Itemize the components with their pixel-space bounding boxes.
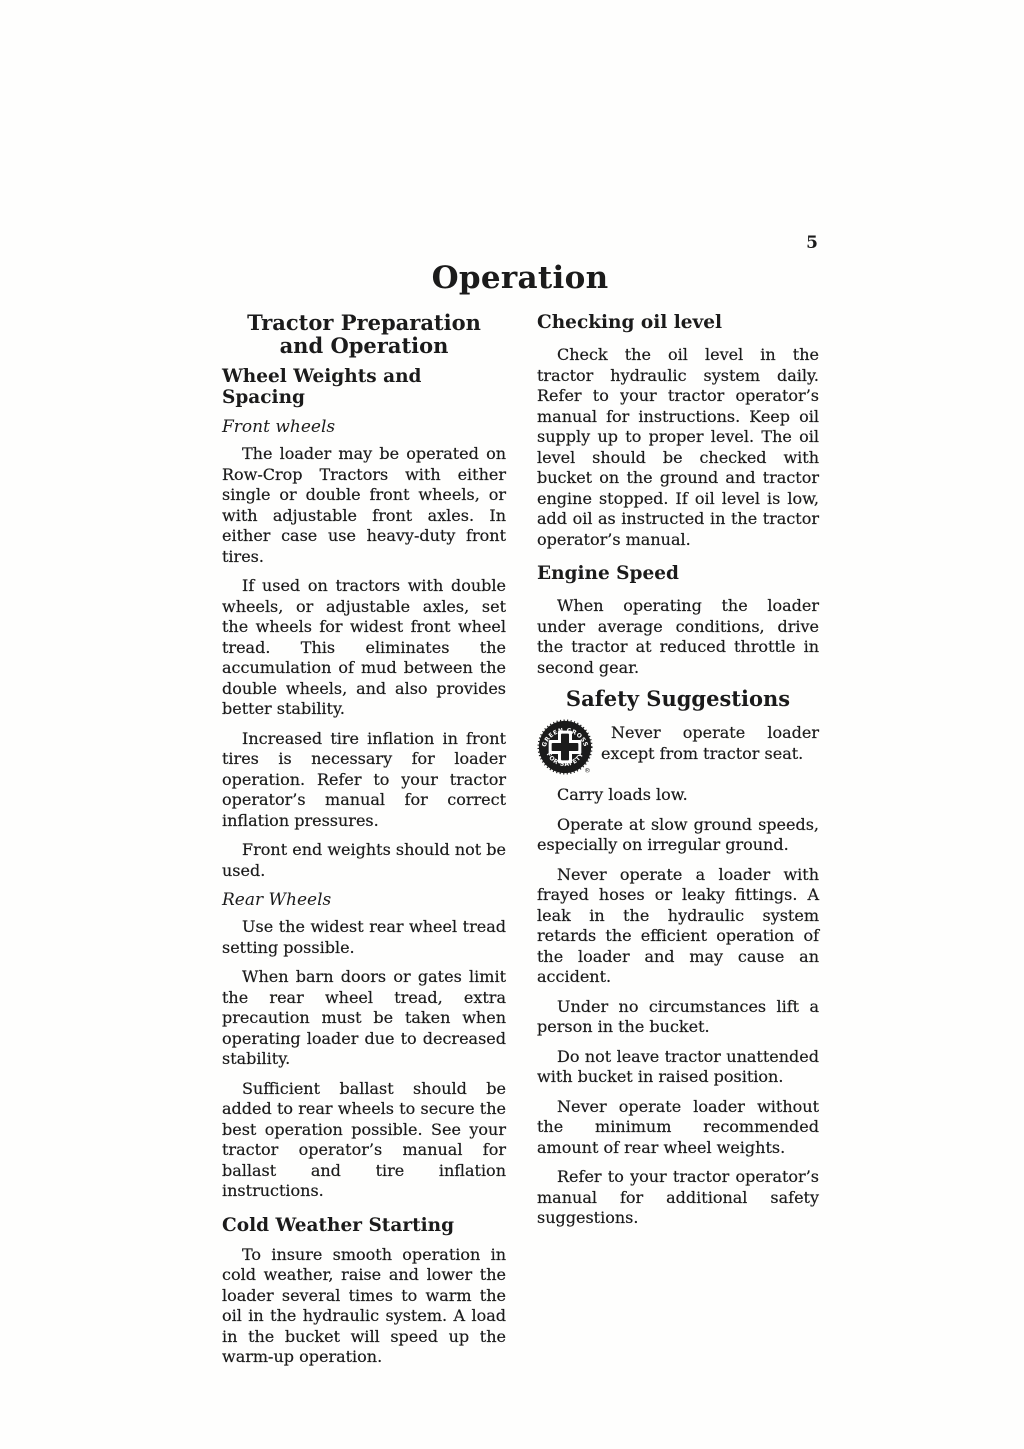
heading-checking-oil-level: Checking oil level: [537, 312, 819, 333]
front-wheels-label: Front wheels: [222, 417, 506, 437]
paragraph: Do not leave tractor unattended with buc…: [537, 1047, 819, 1088]
paragraph: Increased tire inflation in front tires …: [222, 729, 506, 832]
page-title: Operation: [222, 260, 818, 296]
paragraph: When barn doors or gates limit the rear …: [222, 967, 506, 1070]
paragraph: If used on tractors with double wheels, …: [222, 576, 506, 720]
heading-wheel-weights-and-spacing: Wheel Weights and Spacing: [222, 366, 506, 408]
paragraph: Never operate loader without the minimum…: [537, 1097, 819, 1159]
section-heading-tractor-preparation: Tractor Preparation and Operation: [222, 311, 506, 357]
page-number: 5: [222, 233, 818, 253]
heading-cold-weather-starting: Cold Weather Starting: [222, 1215, 506, 1236]
paragraph: When operating the loader under average …: [537, 596, 819, 678]
paragraph: Under no circumstances lift a person in …: [537, 997, 819, 1038]
paragraph: To insure smooth operation in cold weath…: [222, 1245, 506, 1368]
registered-trademark-symbol: ®: [584, 767, 591, 775]
paragraph: Use the widest rear wheel tread setting …: [222, 917, 506, 958]
paragraph: Refer to your tractor operator’s manual …: [537, 1167, 819, 1229]
safety-note-with-logo: GREEN CROSS FOR SAFETY ® Never operate l…: [537, 718, 819, 776]
heading-engine-speed: Engine Speed: [537, 563, 819, 584]
heading-safety-suggestions: Safety Suggestions: [537, 687, 819, 710]
manual-page: 5 Operation Tractor Preparation and Oper…: [0, 0, 1024, 1449]
paragraph: Sufficient ballast should be added to re…: [222, 1079, 506, 1202]
paragraph: Never operate a loader with frayed hoses…: [537, 865, 819, 988]
right-column: Checking oil level Check the oil level i…: [537, 312, 819, 1238]
rear-wheels-label: Rear Wheels: [222, 890, 506, 910]
paragraph: Never operate loader except from tractor…: [601, 723, 819, 764]
paragraph: Operate at slow ground speeds, especiall…: [537, 815, 819, 856]
paragraph: Check the oil level in the tractor hydra…: [537, 345, 819, 550]
green-cross-for-safety-icon: GREEN CROSS FOR SAFETY ®: [537, 718, 593, 776]
paragraph: Carry loads low.: [537, 785, 819, 806]
paragraph: The loader may be operated on Row-Crop T…: [222, 444, 506, 567]
left-column: Tractor Preparation and Operation Wheel …: [222, 311, 506, 1377]
paragraph: Front end weights should not be used.: [222, 840, 506, 881]
